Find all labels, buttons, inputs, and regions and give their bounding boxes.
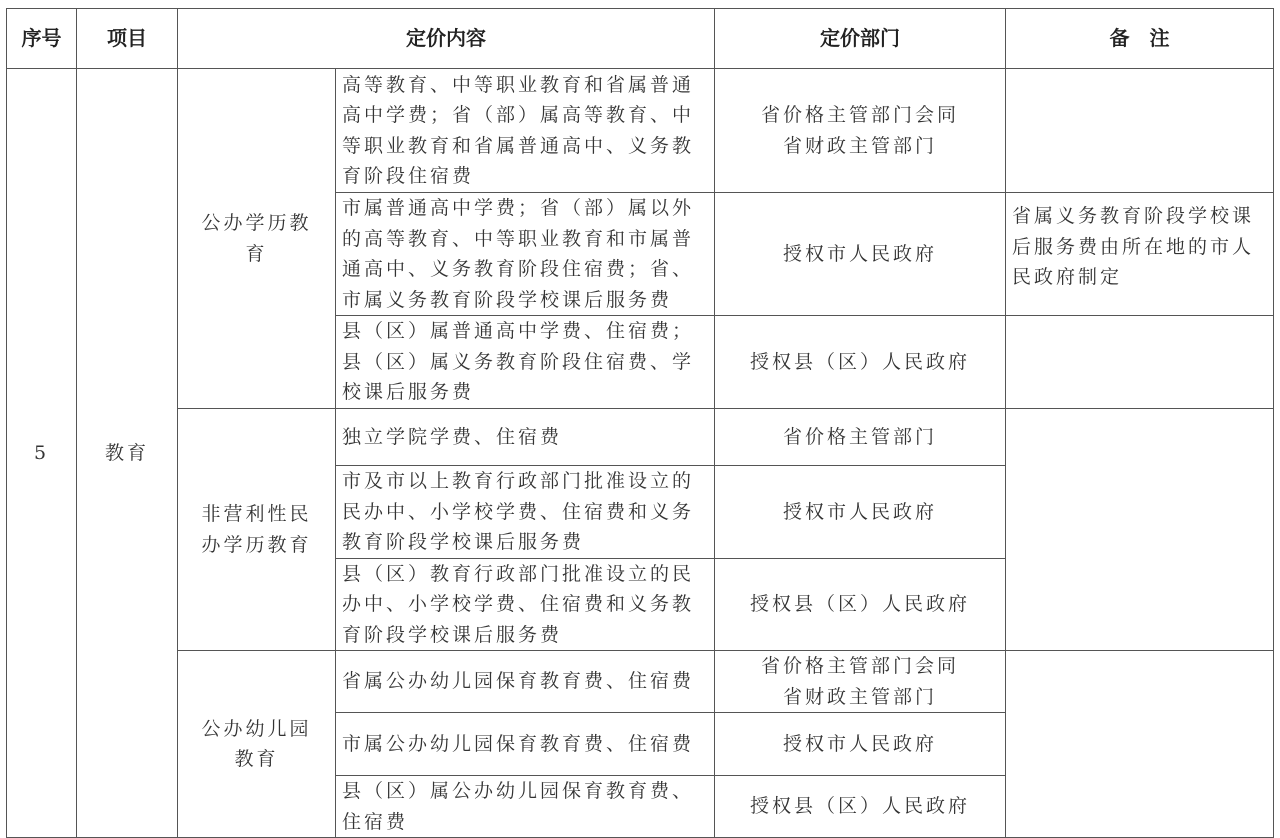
department-cell: 授权市人民政府 (715, 466, 1006, 559)
remarks-cell (1006, 409, 1274, 651)
category-cell: 公办学历教育 (178, 69, 336, 409)
header-row: 序号 项目 定价内容 定价部门 备 注 (7, 9, 1274, 69)
item-cell: 教育 (77, 69, 178, 838)
header-item: 项目 (77, 9, 178, 69)
header-department: 定价部门 (715, 9, 1006, 69)
content-cell: 省属公办幼儿园保育教育费、住宿费 (336, 651, 715, 713)
department-cell: 授权市人民政府 (715, 713, 1006, 776)
remarks-cell (1006, 69, 1274, 193)
category-cell: 公办幼儿园教育 (178, 651, 336, 838)
content-cell: 独立学院学费、住宿费 (336, 409, 715, 466)
seq-cell: 5 (7, 69, 77, 838)
remarks-cell: 省属义务教育阶段学校课后服务费由所在地的市人民政府制定 (1006, 193, 1274, 316)
department-cell: 授权县（区）人民政府 (715, 558, 1006, 651)
remarks-cell (1006, 316, 1274, 409)
department-cell: 授权县（区）人民政府 (715, 316, 1006, 409)
header-remarks: 备 注 (1006, 9, 1274, 69)
table-row: 5 教育 公办学历教育 高等教育、中等职业教育和省属普通高中学费；省（部）属高等… (7, 69, 1274, 193)
department-cell: 省价格主管部门 (715, 409, 1006, 466)
table-row: 公办幼儿园教育 省属公办幼儿园保育教育费、住宿费 省价格主管部门会同省财政主管部… (7, 651, 1274, 713)
content-cell: 市属普通高中学费；省（部）属以外的高等教育、中等职业教育和市属普通高中、义务教育… (336, 193, 715, 316)
department-cell: 授权市人民政府 (715, 193, 1006, 316)
header-content: 定价内容 (178, 9, 715, 69)
content-cell: 市及市以上教育行政部门批准设立的民办中、小学校学费、住宿费和义务教育阶段学校课后… (336, 466, 715, 559)
category-cell: 非营利性民办学历教育 (178, 409, 336, 651)
department-cell: 省价格主管部门会同省财政主管部门 (715, 651, 1006, 713)
content-cell: 高等教育、中等职业教育和省属普通高中学费；省（部）属高等教育、中等职业教育和省属… (336, 69, 715, 193)
department-cell: 授权县（区）人民政府 (715, 776, 1006, 838)
pricing-table: 序号 项目 定价内容 定价部门 备 注 5 教育 公办学历教育 高等教育、中等职… (6, 8, 1274, 838)
table-row: 非营利性民办学历教育 独立学院学费、住宿费 省价格主管部门 (7, 409, 1274, 466)
content-cell: 市属公办幼儿园保育教育费、住宿费 (336, 713, 715, 776)
header-seq: 序号 (7, 9, 77, 69)
content-cell: 县（区）属公办幼儿园保育教育费、住宿费 (336, 776, 715, 838)
content-cell: 县（区）教育行政部门批准设立的民办中、小学校学费、住宿费和义务教育阶段学校课后服… (336, 558, 715, 651)
remarks-cell (1006, 651, 1274, 838)
content-cell: 县（区）属普通高中学费、住宿费；县（区）属义务教育阶段住宿费、学校课后服务费 (336, 316, 715, 409)
department-cell: 省价格主管部门会同省财政主管部门 (715, 69, 1006, 193)
